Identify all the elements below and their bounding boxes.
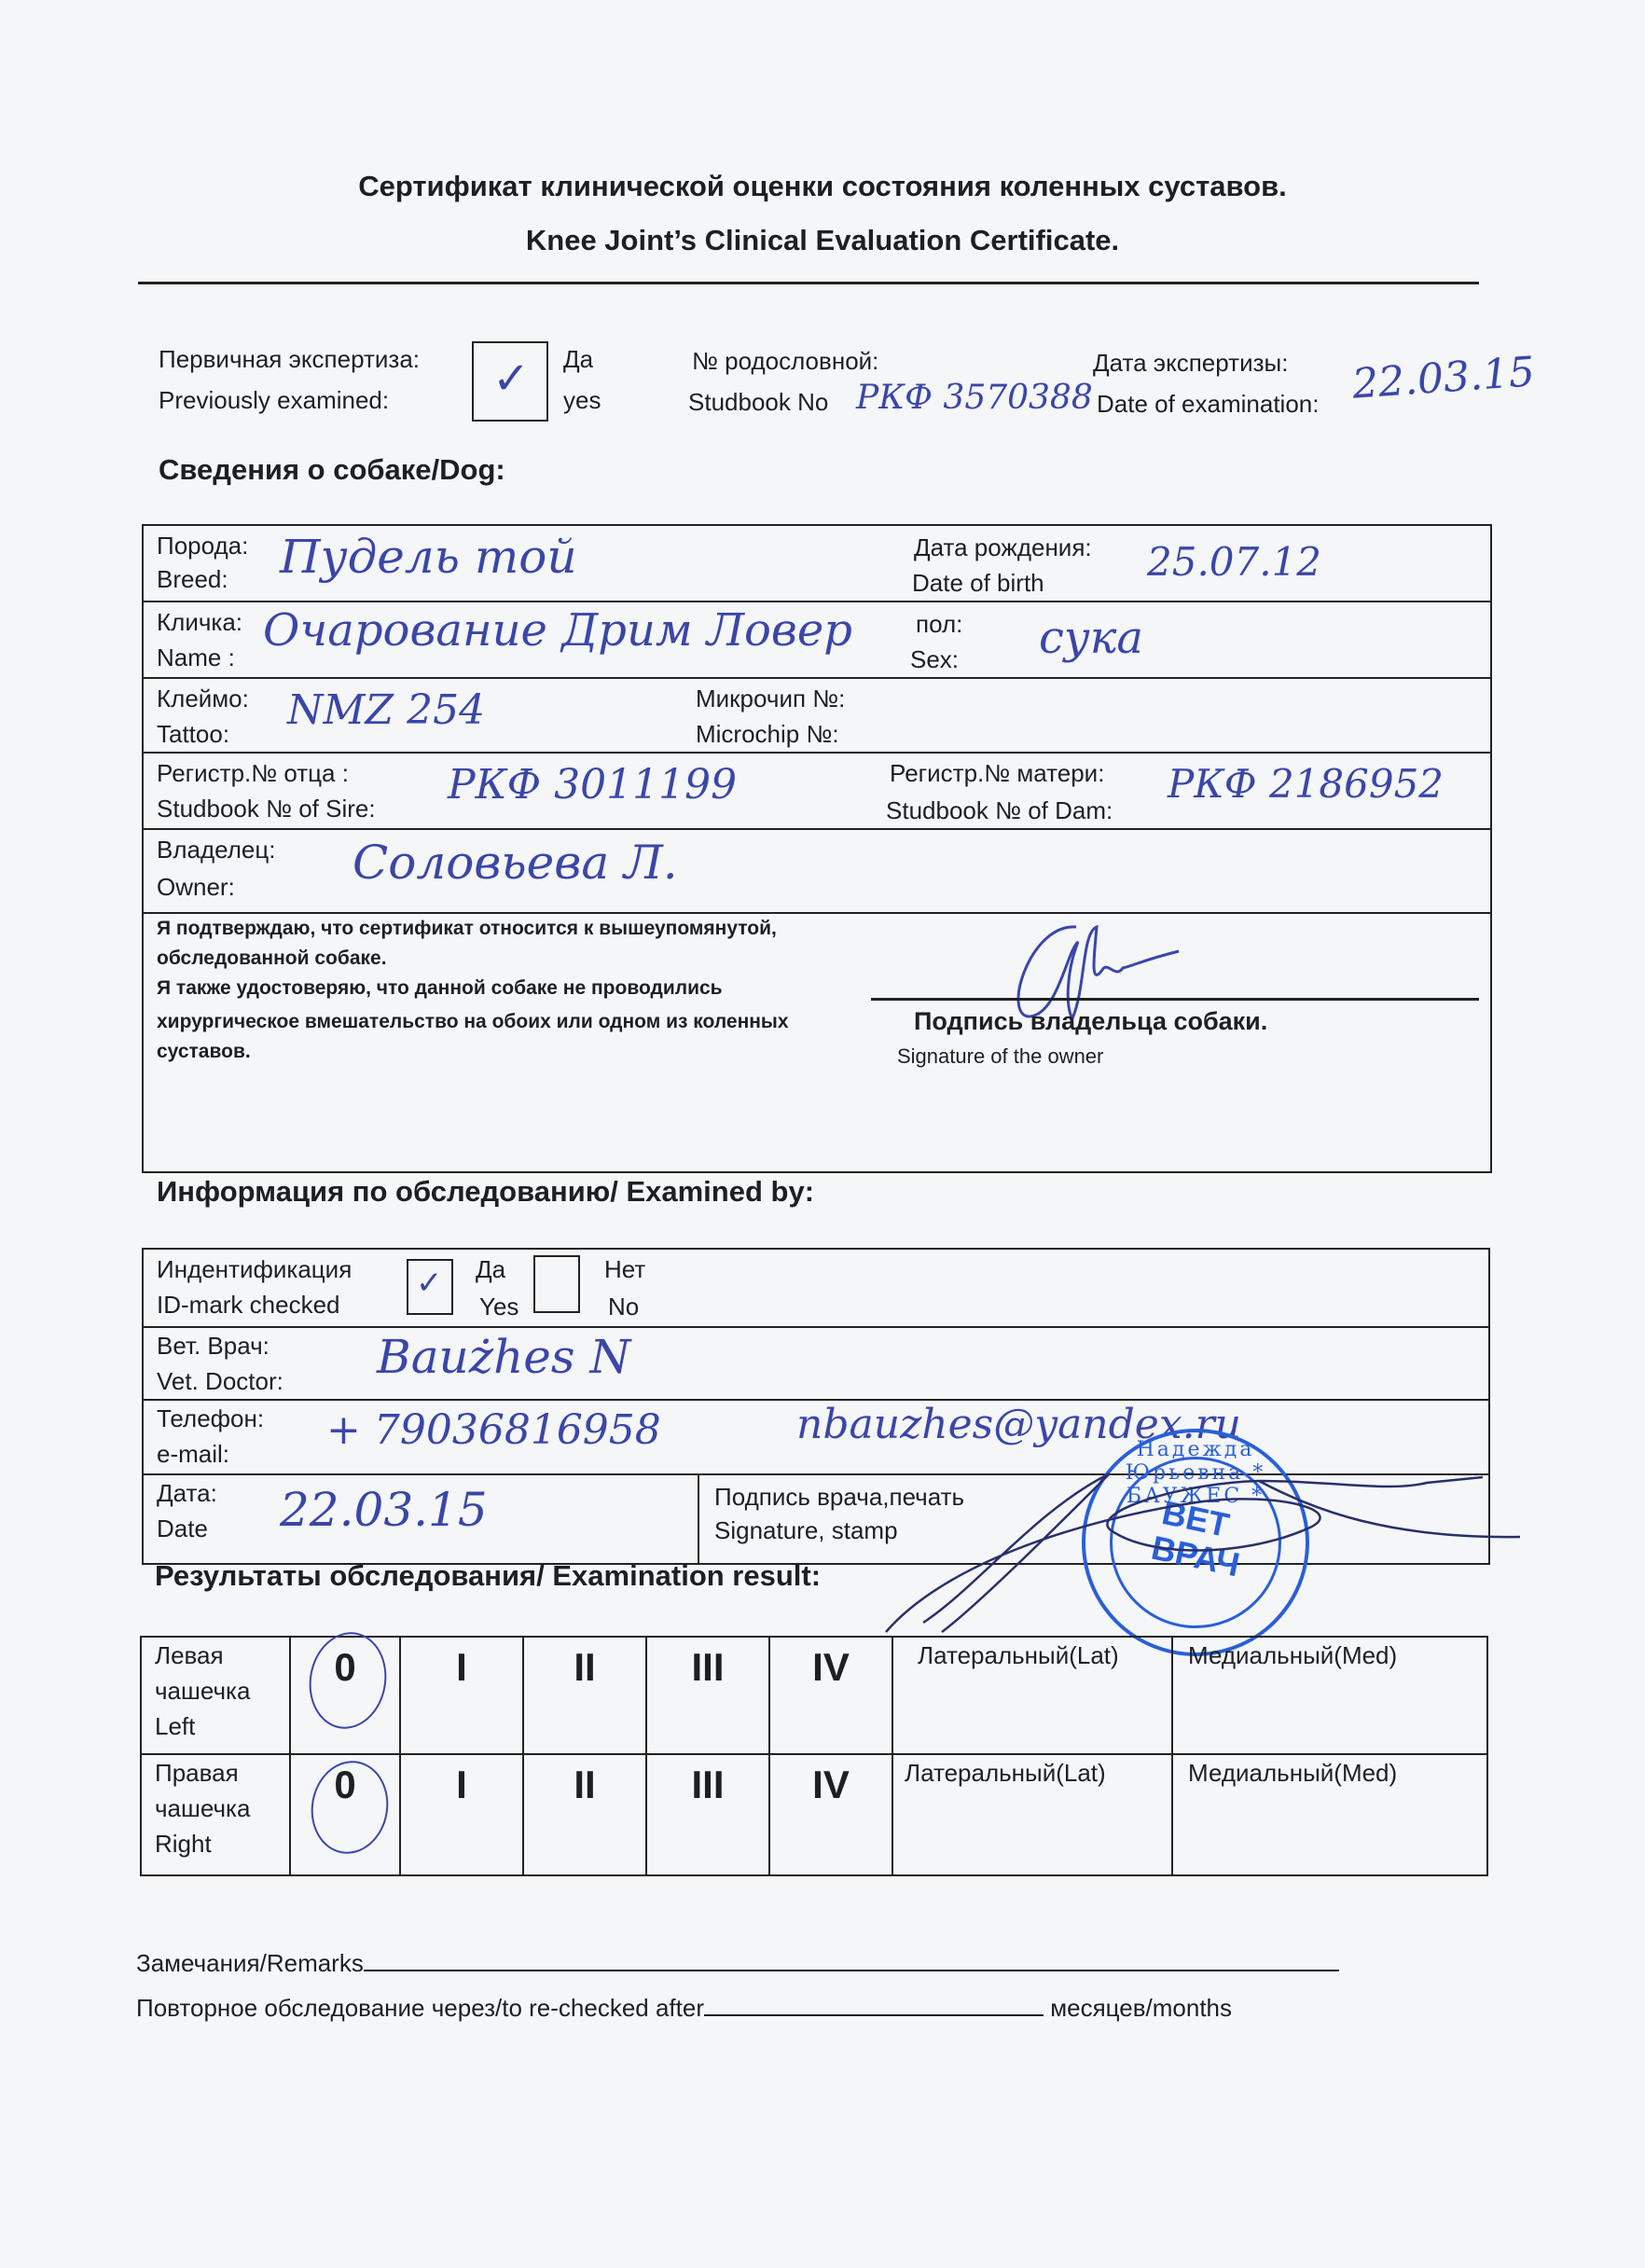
breed-row: Порода: Breed: Пудель той Дата рождения:… (144, 526, 1490, 601)
declaration-line-2: обследованной собаке. (157, 942, 387, 975)
tattoo-value[interactable]: NMZ 254 (287, 686, 485, 734)
breed-label-ru: Порода: (157, 528, 248, 563)
exam-date-value[interactable]: 22.03.15 (1350, 348, 1536, 408)
declaration-line-4: хирургическое вмешательство на обоих или… (157, 1005, 789, 1038)
dog-table: Порода: Breed: Пудель той Дата рождения:… (142, 524, 1492, 1173)
remarks-label: Замечания/Remarks (136, 1949, 364, 1977)
dob-label-en: Date of birth (912, 565, 1044, 601)
left-medial-label[interactable]: Медиальный(Med) (1188, 1638, 1397, 1673)
title-ru: Сертификат клинической оценки состояния … (0, 170, 1645, 203)
right-grade-3[interactable]: III (647, 1763, 768, 1807)
right-label-3: Right (155, 1826, 212, 1861)
studbook-label-en: Studbook No (688, 384, 828, 420)
right-grade-1[interactable]: I (401, 1763, 522, 1807)
dob-label-ru: Дата рождения: (914, 530, 1092, 565)
remarks-line: Замечания/Remarks (136, 1942, 1339, 1981)
id-label-ru: Индентификация (157, 1252, 352, 1287)
declaration-row: Я подтверждаю, что сертификат относится … (144, 912, 1490, 1171)
microchip-label-ru: Микрочип №: (696, 681, 845, 716)
studbook-value[interactable]: РКФ 3570388 (856, 379, 1093, 417)
left-knee-row: Левая чашечка Left 0 I II III IV Латерал… (142, 1638, 1486, 1753)
prev-exam-checkbox[interactable]: ✓ (472, 341, 548, 422)
date-label-ru: Дата: (157, 1475, 217, 1511)
results-table: Левая чашечка Left 0 I II III IV Латерал… (140, 1636, 1488, 1876)
vet-label-ru: Вет. Врач: (157, 1328, 270, 1363)
vet-label-en: Vet. Doctor: (157, 1363, 283, 1399)
id-label-en: ID-mark checked (157, 1287, 340, 1322)
check-mark-icon: ✓ (492, 353, 530, 405)
date-divider (698, 1475, 699, 1563)
name-row: Кличка: Name : Очарование Дрим Ловер пол… (144, 601, 1490, 679)
id-yes-en: Yes (479, 1289, 518, 1324)
owner-row: Владелец: Owner: Соловьева Л. (144, 828, 1490, 914)
owner-signature-label-en: Signature of the owner (897, 1044, 1103, 1069)
microchip-label-en: Microchip №: (696, 716, 839, 752)
prev-exam-label-ru: Первичная экспертиза: (159, 341, 420, 377)
id-no-ru: Нет (604, 1252, 645, 1287)
id-yes-checkbox[interactable]: ✓ (407, 1259, 453, 1315)
remarks-field[interactable] (364, 1942, 1339, 1971)
recheck-label: Повторное обследование через/to re-check… (136, 1994, 704, 2022)
owner-signature-label-ru: Подпись владельца собаки. (914, 1007, 1267, 1036)
name-label-en: Name : (157, 640, 235, 675)
right-lateral-label[interactable]: Латеральный(Lat) (905, 1755, 1106, 1791)
left-grade-selected-circle (302, 1626, 394, 1736)
sex-label-ru: пол: (916, 606, 962, 642)
dob-value[interactable]: 25.07.12 (1147, 539, 1321, 585)
parents-row: Регистр.№ отца : Studbook № of Sire: РКФ… (144, 752, 1490, 830)
id-no-checkbox[interactable] (533, 1255, 580, 1313)
phone-label: Телефон: (157, 1401, 264, 1436)
prev-exam-yes-en: yes (563, 382, 601, 418)
declaration-line-5: суставов. (157, 1035, 251, 1068)
email-label: e-mail: (157, 1436, 229, 1472)
header-divider (138, 282, 1479, 284)
exam-section-title: Информация по обследованию/ Examined by: (157, 1175, 814, 1209)
vet-value[interactable]: Baużhes N (377, 1330, 630, 1384)
left-label-2: чашечка (155, 1673, 250, 1708)
tattoo-label-ru: Клеймо: (157, 681, 249, 716)
sex-value[interactable]: сука (1039, 612, 1143, 664)
date-label-en: Date (157, 1511, 208, 1546)
right-grade-4[interactable]: IV (770, 1763, 892, 1807)
dam-label-en: Studbook № of Dam: (886, 793, 1113, 828)
recheck-unit: месяцев/months (1050, 1994, 1232, 2022)
studbook-label-ru: № родословной: (692, 343, 878, 379)
vet-signature (867, 1455, 1539, 1651)
prev-exam-label-en: Previously examined: (159, 382, 389, 418)
right-medial-label[interactable]: Медиальный(Med) (1188, 1755, 1397, 1791)
sire-label-ru: Регистр.№ отца : (157, 755, 349, 791)
right-label-1: Правая (155, 1755, 239, 1791)
left-label-3: Left (155, 1708, 195, 1744)
owner-label-ru: Владелец: (157, 832, 276, 867)
declaration-line-1: Я подтверждаю, что сертификат относится … (157, 912, 777, 945)
dam-label-ru: Регистр.№ матери: (890, 755, 1104, 791)
right-label-2: чашечка (155, 1791, 250, 1826)
tattoo-row: Клеймо: Tattoo: NMZ 254 Микрочип №: Micr… (144, 677, 1490, 754)
results-section-title: Результаты обследования/ Examination res… (155, 1559, 821, 1593)
exam-date-label-en: Date of examination: (1097, 386, 1319, 422)
sex-label-en: Sex: (910, 642, 959, 677)
sire-value[interactable]: РКФ 3011199 (448, 761, 737, 809)
left-grade-2[interactable]: II (524, 1645, 645, 1690)
id-yes-ru: Да (476, 1252, 505, 1287)
recheck-field[interactable] (704, 1986, 1044, 2016)
right-grade-2[interactable]: II (524, 1763, 645, 1807)
name-label-ru: Кличка: (157, 604, 242, 640)
phone-value[interactable]: + 79036816958 (326, 1406, 661, 1454)
tattoo-label-en: Tattoo: (157, 716, 229, 752)
dog-section-title: Сведения о собаке/Dog: (159, 453, 505, 487)
exam-date-value-2[interactable]: 22.03.15 (280, 1483, 488, 1537)
left-label-1: Левая (155, 1638, 224, 1673)
name-value[interactable]: Очарование Дрим Ловер (263, 604, 852, 657)
declaration-line-3: Я также удостоверяю, что данной собаке н… (157, 972, 723, 1004)
title-en: Knee Joint’s Clinical Evaluation Certifi… (0, 224, 1645, 257)
left-grade-3[interactable]: III (647, 1645, 768, 1690)
vet-row: Вет. Врач: Vet. Doctor: Baużhes N (144, 1326, 1488, 1401)
left-grade-4[interactable]: IV (770, 1645, 892, 1690)
dam-value[interactable]: РКФ 2186952 (1168, 761, 1444, 807)
sire-label-en: Studbook № of Sire: (157, 791, 376, 826)
right-knee-row: Правая чашечка Right 0 I II III IV Латер… (142, 1753, 1486, 1874)
breed-label-en: Breed: (157, 561, 228, 597)
id-row: Индентификация ID-mark checked ✓ Да Yes … (144, 1250, 1488, 1326)
prev-exam-yes-ru: Да (563, 341, 593, 377)
owner-signature-line (871, 998, 1479, 1001)
owner-label-en: Owner: (157, 869, 235, 905)
recheck-line: Повторное обследование через/to re-check… (136, 1986, 1232, 2026)
breed-value[interactable]: Пудель той (280, 530, 577, 584)
left-lateral-label[interactable]: Латеральный(Lat) (918, 1638, 1119, 1673)
left-grade-1[interactable]: I (401, 1645, 522, 1690)
exam-date-label-ru: Дата экспертизы: (1093, 345, 1288, 380)
owner-value[interactable]: Соловьева Л. (352, 836, 678, 890)
check-mark-icon: ✓ (416, 1265, 443, 1302)
id-no-en: No (608, 1289, 639, 1324)
